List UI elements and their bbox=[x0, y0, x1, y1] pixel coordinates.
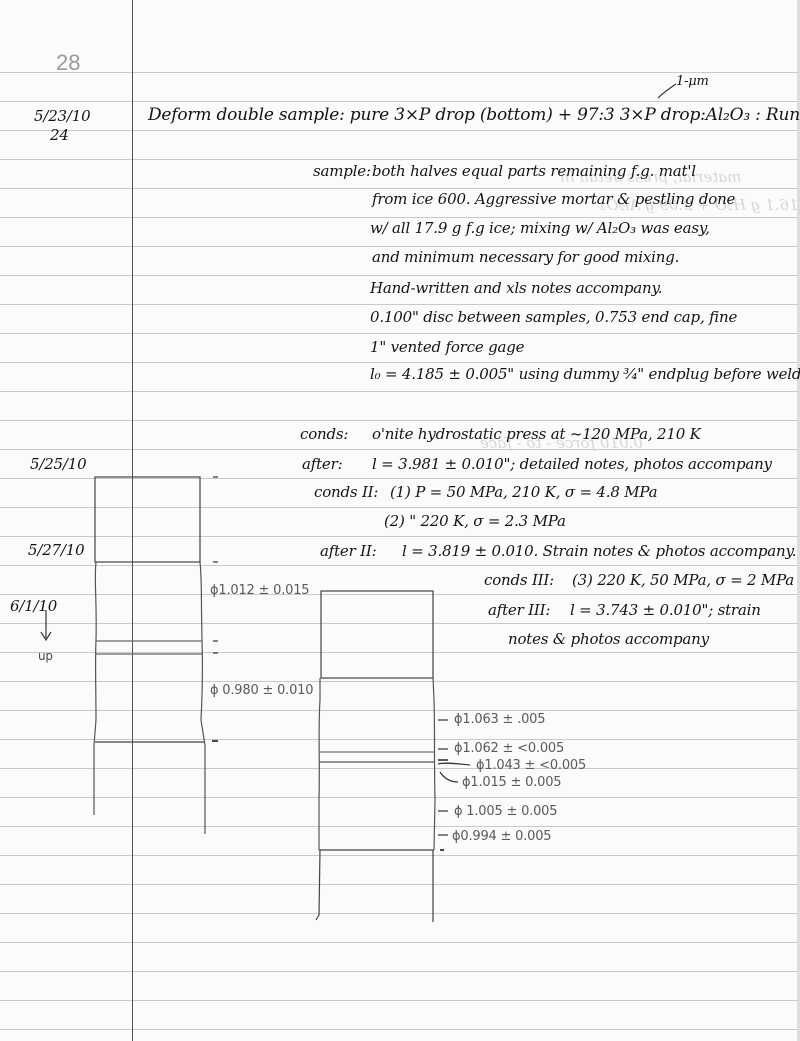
diameter-label: ϕ 1.005 ± 0.005 bbox=[454, 804, 557, 819]
diameter-label: ϕ0.994 ± 0.005 bbox=[452, 829, 551, 844]
diameter-label: ϕ1.012 ± 0.015 bbox=[210, 583, 309, 598]
entry-date: 5/23/10 bbox=[34, 107, 90, 125]
conditions-line: (2) " 220 K, σ = 2.3 MPa bbox=[384, 512, 566, 530]
diameter-label: ϕ1.015 ± 0.005 bbox=[462, 775, 561, 790]
diameter-label: ϕ1.062 ± <0.005 bbox=[454, 741, 564, 756]
conditions-line: l = 3.981 ± 0.010"; detailed notes, phot… bbox=[372, 455, 772, 473]
diameter-label: ϕ1.063 ± .005 bbox=[454, 712, 545, 727]
conditions-line: l = 3.743 ± 0.010"; strain bbox=[570, 601, 761, 619]
note-line: 1" vented force gage bbox=[370, 338, 524, 356]
conditions-ii-label: conds II: bbox=[314, 483, 378, 501]
conditions-line: l = 3.819 ± 0.010. Strain notes & photos… bbox=[402, 542, 796, 560]
note-line: l₀ = 4.185 ± 0.005" using dummy ³⁄₄" end… bbox=[370, 365, 800, 383]
note-line: w/ all 17.9 g f.g ice; mixing w/ Al₂O₃ w… bbox=[370, 219, 710, 237]
entry-date-sub: 24 bbox=[50, 126, 69, 144]
after-ii-label: after II: bbox=[320, 542, 376, 560]
conditions-label: conds: bbox=[300, 425, 348, 443]
margin-date: 6/1/10 bbox=[10, 597, 57, 615]
margin-rule bbox=[132, 0, 133, 1041]
notes-label: sample: bbox=[313, 162, 371, 180]
note-line: both halves equal parts remaining f.g. m… bbox=[372, 162, 696, 180]
entry-title: Deform double sample: pure 3×P drop (bot… bbox=[148, 105, 800, 125]
conditions-line: (1) P = 50 MPa, 210 K, σ = 4.8 MPa bbox=[390, 483, 657, 501]
conditions-line: o'nite hydrostatic press at ~120 MPa, 21… bbox=[372, 425, 701, 443]
diameter-label: ϕ 0.980 ± 0.010 bbox=[210, 683, 313, 698]
page-header-area bbox=[0, 0, 800, 44]
note-line: and minimum necessary for good mixing. bbox=[372, 248, 679, 266]
conditions-line: (3) 220 K, 50 MPa, σ = 2 MPa bbox=[572, 571, 794, 589]
note-line: from ice 600. Aggressive mortar & pestli… bbox=[372, 190, 735, 208]
conditions-iii-label: conds III: bbox=[484, 571, 554, 589]
after-label: after: bbox=[302, 455, 342, 473]
margin-note: up bbox=[38, 649, 53, 663]
note-line: 0.100" disc between samples, 0.753 end c… bbox=[370, 308, 737, 326]
margin-date: 5/27/10 bbox=[28, 541, 84, 559]
conditions-line: notes & photos accompany bbox=[508, 630, 709, 648]
margin-date: 5/25/10 bbox=[30, 455, 86, 473]
after-iii-label: after III: bbox=[488, 601, 550, 619]
note-line: Hand-written and xls notes accompany. bbox=[370, 279, 662, 297]
title-annotation: 1-μm bbox=[676, 74, 709, 89]
page-number: 28 bbox=[56, 50, 80, 76]
diameter-label: ϕ1.043 ± <0.005 bbox=[476, 758, 586, 773]
